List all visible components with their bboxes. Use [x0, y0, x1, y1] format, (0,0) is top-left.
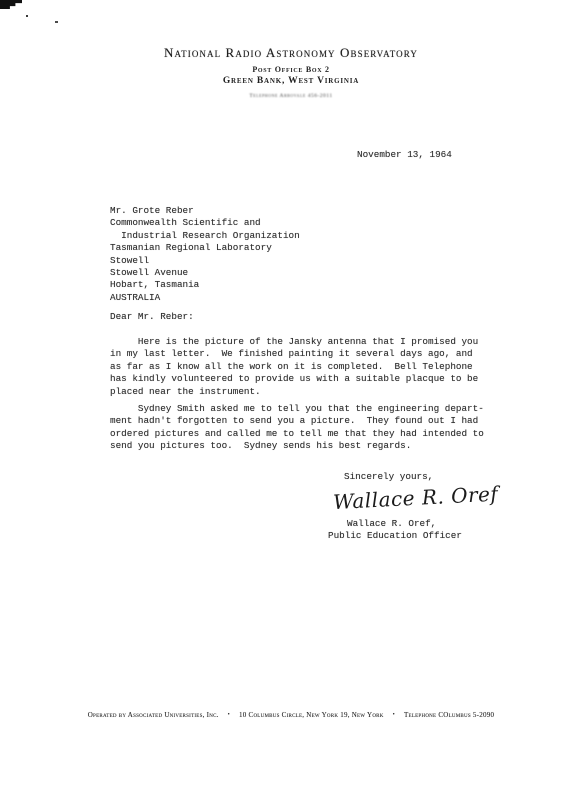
body-paragraph-2: Sydney Smith asked me to tell you that t…	[110, 403, 484, 453]
scan-artifact-corner	[0, 0, 22, 9]
address-line: Mr. Grote Reber	[110, 205, 300, 217]
handwritten-signature: Wallace R. Oref	[332, 482, 493, 514]
body-line: Here is the picture of the Jansky antenn…	[110, 336, 478, 348]
salutation: Dear Mr. Reber:	[110, 311, 194, 323]
address-line: Stowell Avenue	[110, 267, 300, 279]
closing: Sincerely yours,	[344, 471, 433, 483]
footer-bullet: •	[228, 712, 230, 718]
scanned-letter-page: National Radio Astronomy Observatory Pos…	[0, 0, 582, 800]
body-line: placed near the instrument.	[110, 386, 478, 398]
signed-name: Wallace R. Oref,	[347, 518, 436, 530]
recipient-address: Mr. Grote Reber Commonwealth Scientific …	[110, 205, 300, 304]
letterhead: National Radio Astronomy Observatory Pos…	[0, 45, 582, 99]
address-line: Industrial Research Organization	[110, 230, 300, 242]
body-line: as far as I know all the work on it is c…	[110, 361, 478, 373]
footer-address: 10 Columbus Circle, New York 19, New Yor…	[239, 711, 384, 719]
address-line: Commonwealth Scientific and	[110, 217, 300, 229]
address-line: AUSTRALIA	[110, 292, 300, 304]
body-line: send you pictures too. Sydney sends his …	[110, 440, 484, 452]
footer-operated-by: Operated by Associated Universities, Inc…	[88, 711, 219, 719]
footer-bullet: •	[393, 712, 395, 718]
body-line: has kindly volunteered to provide us wit…	[110, 373, 478, 385]
address-line: Stowell	[110, 255, 300, 267]
footer-telephone: Telephone COlumbus 5-2090	[404, 711, 494, 719]
scan-artifact-speck	[55, 21, 58, 23]
footer: Operated by Associated Universities, Inc…	[0, 711, 582, 719]
signed-title: Public Education Officer	[328, 530, 462, 542]
body-line: ment hadn't forgotten to send you a pict…	[110, 415, 484, 427]
letterhead-organization: National Radio Astronomy Observatory	[0, 45, 582, 61]
body-paragraph-1: Here is the picture of the Jansky antenn…	[110, 336, 478, 398]
address-line: Hobart, Tasmania	[110, 279, 300, 291]
address-line: Tasmanian Regional Laboratory	[110, 242, 300, 254]
letterhead-telephone: Telephone Arbovale 456-2011	[0, 93, 582, 99]
body-line: in my last letter. We finished painting …	[110, 348, 478, 360]
letterhead-po-box: Post Office Box 2	[0, 65, 582, 74]
letter-date: November 13, 1964	[357, 149, 452, 161]
body-line: Sydney Smith asked me to tell you that t…	[110, 403, 484, 415]
letterhead-location: Green Bank, West Virginia	[0, 76, 582, 86]
body-line: ordered pictures and called me to tell m…	[110, 428, 484, 440]
scan-artifact-speck	[26, 15, 28, 17]
